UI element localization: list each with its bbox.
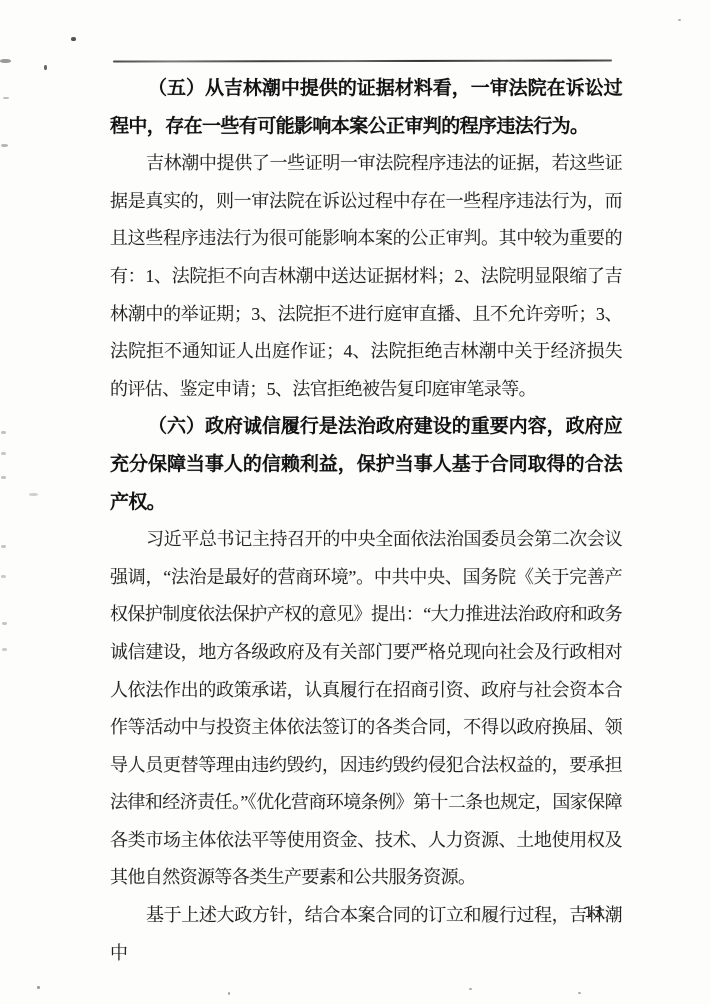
scan-speck	[1, 476, 6, 479]
scan-speck	[469, 988, 472, 990]
scan-speck	[3, 97, 9, 99]
scan-line-artifact	[113, 59, 612, 62]
scan-speck	[29, 493, 38, 496]
scan-speck	[1, 144, 8, 147]
section-heading-six: （六）政府诚信履行是法治政府建设的重要内容，政府应充分保障当事人的信赖利益，保护…	[110, 408, 622, 521]
section-heading-five: （五）从吉林潮中提供的证据材料看，一审法院在诉讼过程中，存在一些有可能影响本案公…	[110, 70, 622, 145]
scan-speck	[0, 59, 11, 63]
scan-speck	[228, 992, 230, 995]
scan-speck	[1, 452, 6, 455]
scan-speck	[1, 545, 6, 548]
scan-speck	[2, 622, 7, 625]
scan-speck	[1, 431, 6, 434]
document-content: （五）从吉林潮中提供的证据材料看，一审法院在诉讼过程中，存在一些有可能影响本案公…	[110, 70, 622, 972]
paragraph-conclusion-lead: 基于上述大政方针，结合本案合同的订立和履行过程，吉林潮中	[110, 897, 622, 972]
page-number: 13	[584, 905, 603, 921]
scan-speck	[71, 37, 76, 41]
scan-speck	[1, 575, 6, 578]
scan-speck	[37, 986, 40, 989]
scan-speck	[44, 65, 47, 70]
scan-speck	[678, 19, 681, 21]
paragraph-government-integrity: 习近平总书记主持召开的中央全面依法治国委员会第二次会议强调，“法治是最好的营商环…	[110, 521, 622, 897]
scan-speck	[2, 648, 7, 651]
scan-speck	[578, 992, 581, 994]
paragraph-procedural-violations: 吉林潮中提供了一些证明一审法院程序违法的证据，若这些证据是真实的，则一审法院在诉…	[110, 145, 622, 408]
document-page: （五）从吉林潮中提供的证据材料看，一审法院在诉讼过程中，存在一些有可能影响本案公…	[0, 0, 710, 1004]
